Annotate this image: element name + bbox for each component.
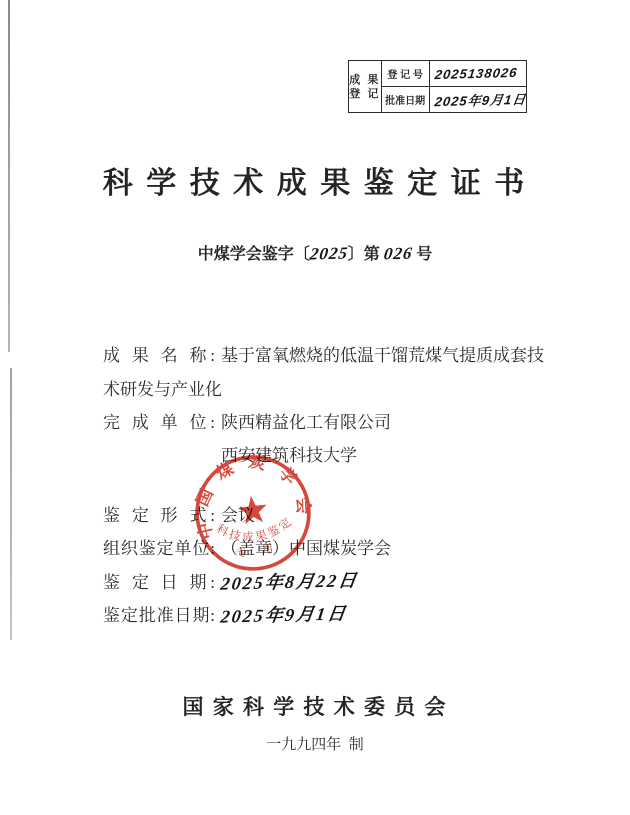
appraisal-approval-label: 鉴定批准日期:: [103, 599, 215, 633]
doc-number-mid: 〕第: [348, 246, 384, 263]
document-number: 中煤学会鉴字〔2025〕第 026 号: [0, 241, 630, 264]
registration-row-number: 登 记 号 2025138026: [382, 61, 526, 86]
seal-star-icon: [236, 494, 268, 525]
handwritten-registration-number: 2025138026: [433, 65, 518, 82]
doc-number-suffix: 号: [412, 246, 432, 263]
registration-number-value: 2025138026: [430, 61, 526, 86]
issuer-name: 国 家 科 学 技 术 委 员 会: [0, 691, 630, 721]
certificate-title: 科 学 技 术 成 果 鉴 定 证 书: [0, 158, 630, 202]
registration-number-label: 登 记 号: [382, 61, 430, 86]
registration-rows: 登 记 号 2025138026 批准日期 2025年9月1日: [382, 61, 526, 112]
official-seal: 中国煤炭学会 科技成果鉴定 专 用: [183, 443, 323, 583]
doc-number-prefix: 中煤学会鉴字〔: [198, 246, 310, 263]
field-appraisal-date: 鉴 定 日 期:2025年8月22日: [103, 565, 549, 600]
handwritten-appraisal-approval-date: 2025年9月1日: [219, 596, 350, 633]
field-completing-unit: 完 成 单 位:陕西精益化工有限公司: [103, 406, 549, 440]
registration-table: 成 果 登 记 登 记 号 2025138026 批准日期 2025年9月1日: [348, 60, 527, 113]
field-organizing-unit: 组织鉴定单位:（盖章）中国煤炭学会: [103, 532, 549, 566]
completing-unit-label: 完 成 单 位:: [103, 406, 215, 440]
achievement-name-label: 成 果 名 称:: [103, 339, 215, 373]
print-year: 一九九四年 制: [0, 733, 630, 754]
handwritten-doc-year: 2025: [308, 244, 349, 265]
certificate-page: 成 果 登 记 登 记 号 2025138026 批准日期 2025年9月1日 …: [0, 0, 630, 815]
svg-text:中国煤炭学会: 中国煤炭学会: [184, 444, 317, 542]
registration-header-line1: 成 果: [349, 73, 380, 87]
completing-unit-value-1: 陕西精益化工有限公司: [221, 413, 391, 432]
scan-edge-line: [10, 368, 12, 640]
field-achievement-name: 成 果 名 称:基于富氧燃烧的低温干馏荒煤气提质成套技术研发与产业化: [103, 339, 549, 407]
handwritten-doc-serial: 026: [382, 244, 413, 265]
field-appraisal-approval-date: 鉴定批准日期:2025年9月1日: [103, 598, 549, 633]
field-appraisal-form: 鉴 定 形 式:会议: [103, 499, 549, 533]
seal-ring-text: 中国煤炭学会: [184, 444, 317, 542]
registration-row-approval: 批准日期 2025年9月1日: [382, 86, 526, 112]
registration-header-line2: 登 记: [349, 87, 380, 101]
handwritten-approval-date: 2025年9月1日: [433, 89, 526, 110]
field-completing-unit-2: 西安建筑科技大学: [103, 439, 549, 473]
registration-header: 成 果 登 记: [349, 61, 382, 112]
registration-approval-value: 2025年9月1日: [430, 87, 526, 112]
registration-approval-label: 批准日期: [382, 87, 430, 112]
